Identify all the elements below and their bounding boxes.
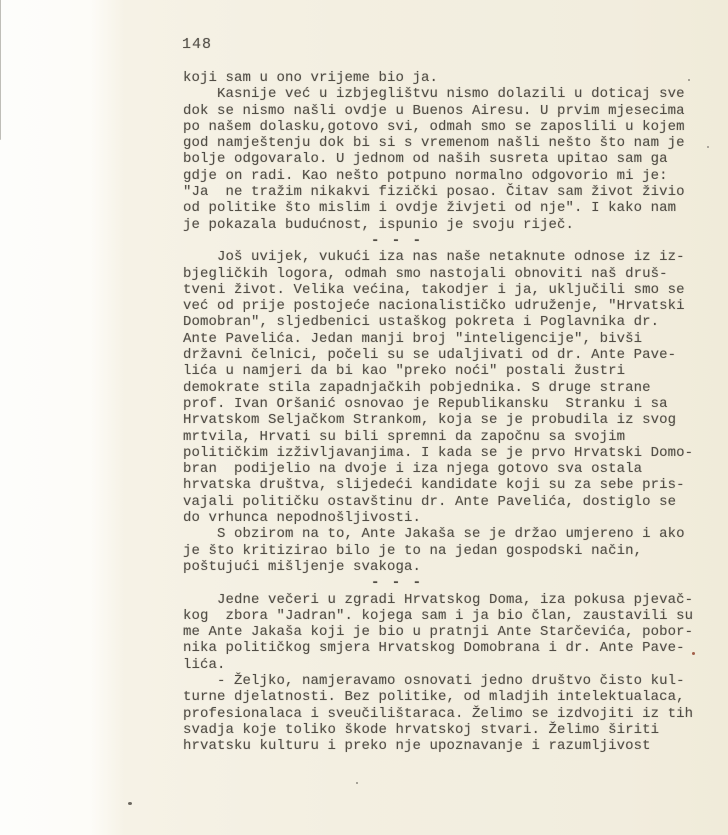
scan-speck — [128, 802, 132, 805]
section-separator-2: - - - — [183, 575, 717, 591]
section-separator-1: - - - — [183, 233, 717, 249]
body-text-block: koji sam u ono vrijeme bio ja. Kasnije v… — [183, 70, 717, 754]
scanned-book-page: 148 koji sam u ono vrijeme bio ja. Kasni… — [0, 0, 728, 835]
scan-edge-artifact — [0, 0, 1, 140]
page-number: 148 — [182, 36, 212, 53]
scan-speck — [692, 652, 695, 655]
paragraph-block-3: Jedne večeri u zgradi Hrvatskog Doma, iz… — [183, 592, 717, 755]
scan-speck — [688, 79, 690, 81]
paragraph-block-1: koji sam u ono vrijeme bio ja. Kasnije v… — [183, 70, 717, 233]
paragraph-block-2: Još uvijek, vukući iza nas naše netaknut… — [183, 249, 717, 575]
scan-speck — [707, 146, 709, 148]
scan-speck — [356, 782, 358, 784]
